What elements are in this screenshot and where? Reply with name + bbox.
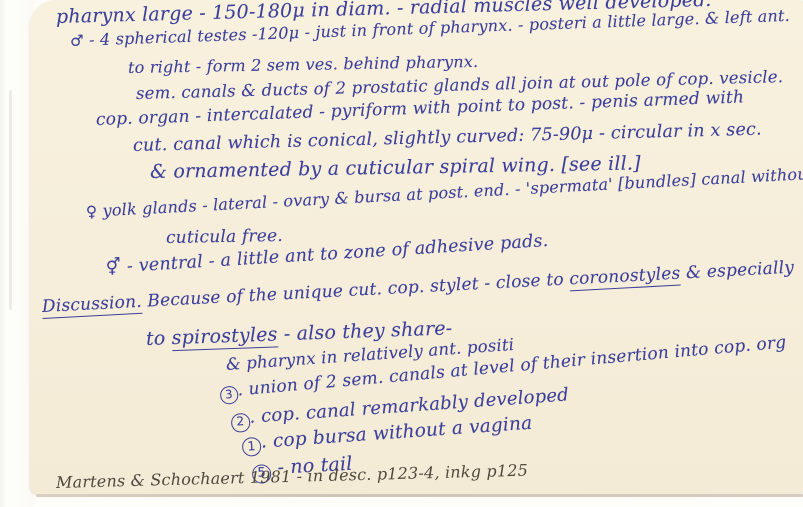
handwritten-line-3: to right - form 2 sem ves. behind pharyn…: [128, 52, 479, 77]
text-segment: Because of the unique cut. cop. stylet -…: [141, 269, 570, 311]
handwritten-line-9: cuticula free.: [166, 226, 283, 248]
index-card: pharynx large - 150-180μ in diam. - radi…: [30, 0, 803, 494]
text-segment: & especially: [680, 258, 795, 284]
circled-number: 1: [242, 437, 262, 457]
scan-artifact-streak: [9, 90, 12, 310]
text-segment: to right - form 2 sem ves. behind pharyn…: [128, 52, 479, 77]
text-segment: to: [146, 327, 172, 350]
circled-number: 3: [219, 385, 238, 404]
card-bottom-edge: [36, 494, 803, 497]
scanned-card-image: pharynx large - 150-180μ in diam. - radi…: [0, 0, 803, 507]
underlined-term: Discussion.: [41, 292, 142, 319]
circled-number: 2: [231, 413, 251, 433]
underlined-term: coronostyles: [569, 264, 681, 292]
gender-symbol: ♂: [70, 32, 84, 50]
text-segment: cuticula free.: [166, 226, 283, 248]
underlined-term: spirostyles: [171, 323, 278, 351]
scan-left-margin: [0, 0, 34, 507]
gender-symbol: ⚥: [105, 257, 121, 277]
